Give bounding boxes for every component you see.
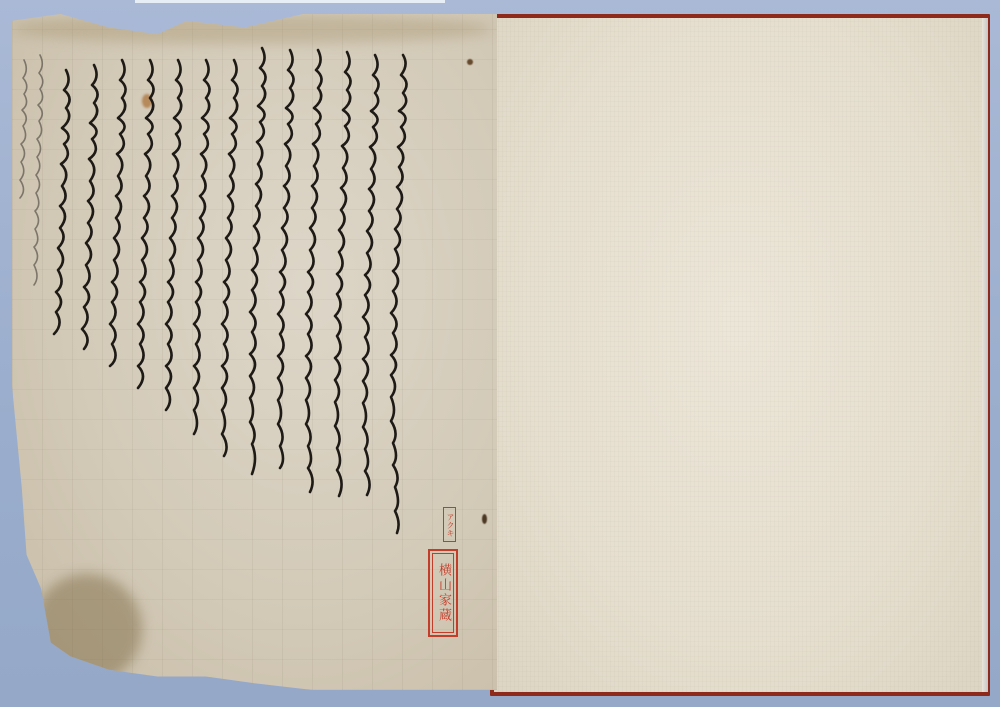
small-label-seal: アクキ bbox=[443, 507, 456, 542]
collector-seal: 横山家蔵 bbox=[428, 549, 458, 637]
collector-seal-text: 横山家蔵 bbox=[432, 553, 454, 633]
calligraphy-text bbox=[0, 0, 1000, 707]
